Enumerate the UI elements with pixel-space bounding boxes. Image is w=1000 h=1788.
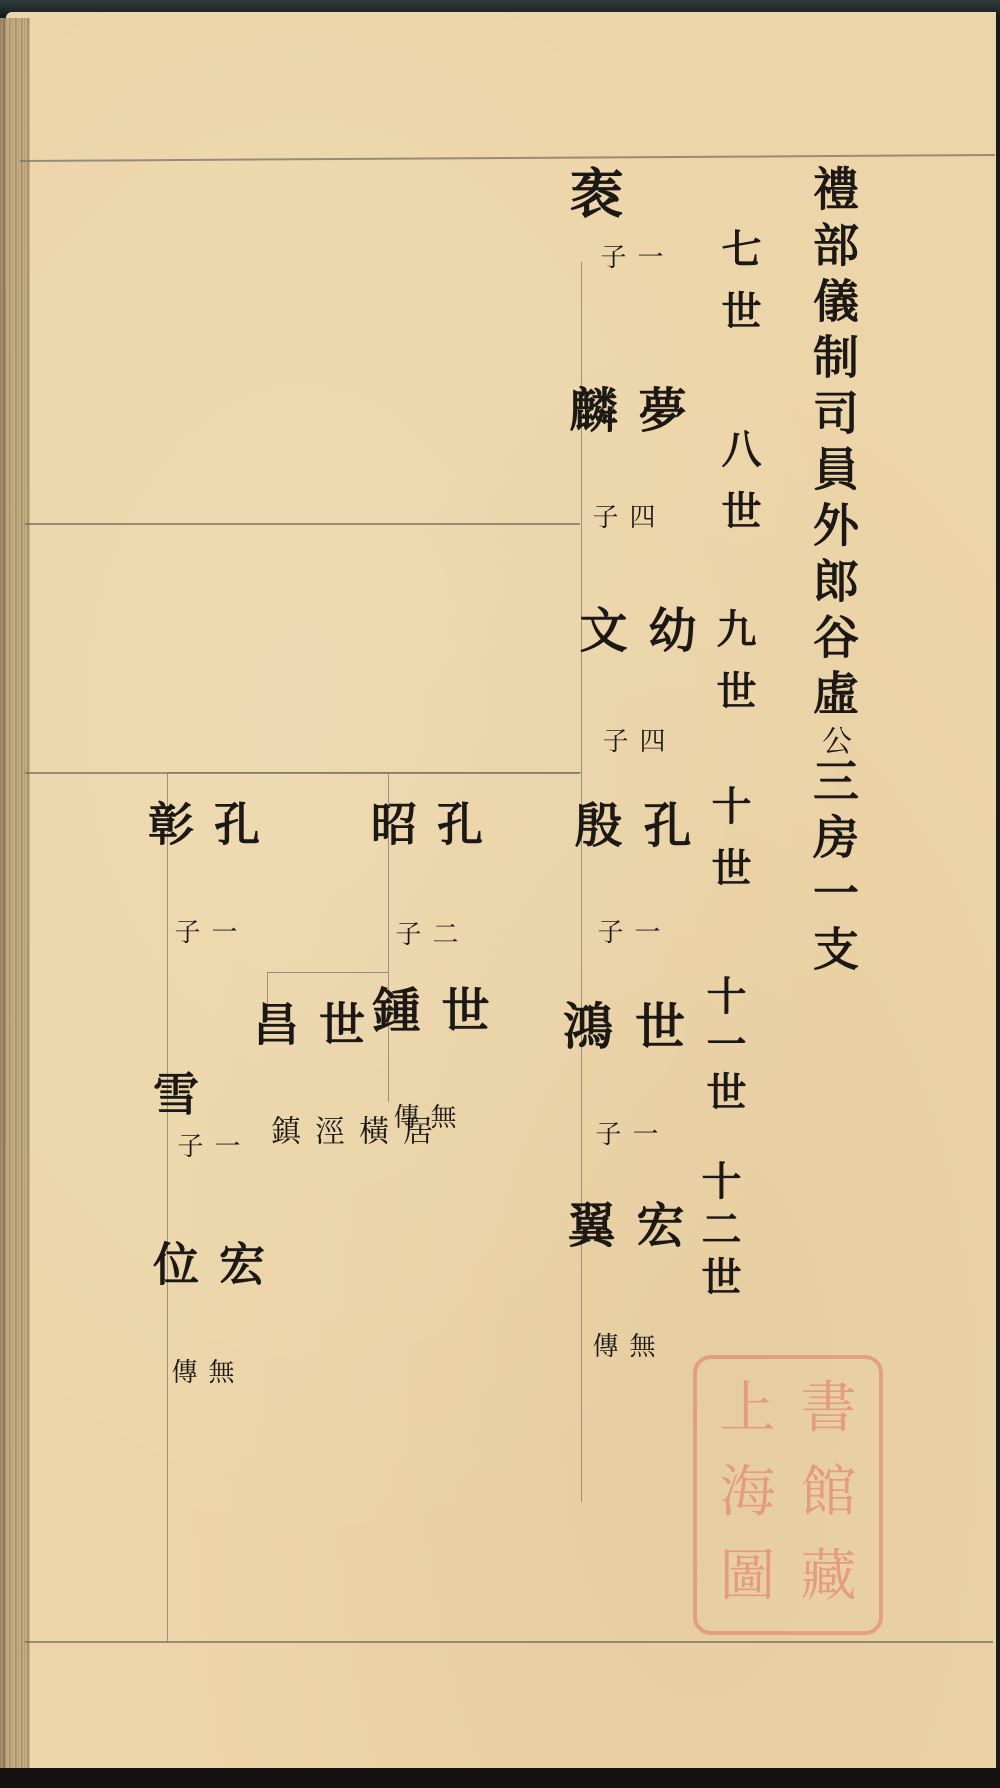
page-stack-edges [0, 18, 30, 1773]
seal-char: 海 [707, 1453, 788, 1537]
person-name: 孔昭 [358, 800, 490, 856]
generation-label-9: 九世 [705, 608, 762, 732]
generation-label-11: 十一世 [695, 975, 752, 1119]
lineage-connector-main [581, 262, 582, 1502]
person-note: 無傳 [164, 1358, 238, 1392]
person-note: 一子 [588, 1120, 662, 1148]
person-name: 孔彰 [135, 800, 267, 856]
person-name: 宏位 [140, 1240, 272, 1296]
seal-char: 圖 [707, 1537, 788, 1621]
branch-label: 三房一支 [806, 757, 860, 981]
book-bottom-shadow [0, 1768, 1000, 1788]
person-note: 一子 [167, 918, 241, 946]
lineage-connector-gen10-branch [167, 772, 581, 773]
seal-char: 書 [788, 1369, 869, 1453]
person-name: 雪 [140, 1070, 206, 1130]
person-note: 居橫涇鎮 [260, 1115, 436, 1157]
person-note: 一子 [170, 1132, 244, 1160]
person-note: 二子 [388, 920, 462, 948]
person-name: 世昌 [240, 1000, 372, 1056]
rule-line-gen8 [25, 523, 580, 525]
rule-line-bottom [25, 1641, 993, 1643]
person-name: 世鍾 [358, 985, 496, 1043]
official-title: 禮部儀制司員外郎谷虛 [806, 165, 860, 725]
person-note: 一子 [590, 918, 664, 946]
person-name: 袠 [555, 165, 632, 233]
person-name: 幼文 [565, 605, 703, 665]
seal-char: 上 [707, 1369, 788, 1453]
person-note: 無傳 [585, 1332, 659, 1368]
generation-label-10: 十世 [700, 785, 757, 909]
honorific: 公 [816, 725, 851, 757]
library-collection-seal: 上 書 海 館 圖 藏 [693, 1355, 883, 1635]
branch-header-title: 禮部儀制司員外郎谷虛公三房一支 [800, 165, 866, 981]
person-name: 世鴻 [548, 1000, 692, 1058]
generation-label-7: 七世 [710, 228, 767, 352]
person-name: 孔殷 [560, 800, 698, 856]
person-name: 夢麟 [555, 385, 693, 439]
person-note: 一子 [593, 243, 667, 271]
person-note: 四子 [585, 503, 659, 531]
seal-char: 館 [788, 1453, 869, 1537]
person-note: 四子 [595, 727, 669, 755]
seal-char: 藏 [788, 1537, 869, 1621]
lineage-connector-shichang-branch [267, 972, 388, 973]
generation-label-12: 十二世 [690, 1160, 747, 1304]
person-name: 宏翼 [553, 1200, 691, 1256]
lineage-connector-kongzhang [167, 772, 168, 1642]
seal-characters: 上 書 海 館 圖 藏 [707, 1369, 869, 1621]
generation-label-8: 八世 [710, 428, 767, 552]
